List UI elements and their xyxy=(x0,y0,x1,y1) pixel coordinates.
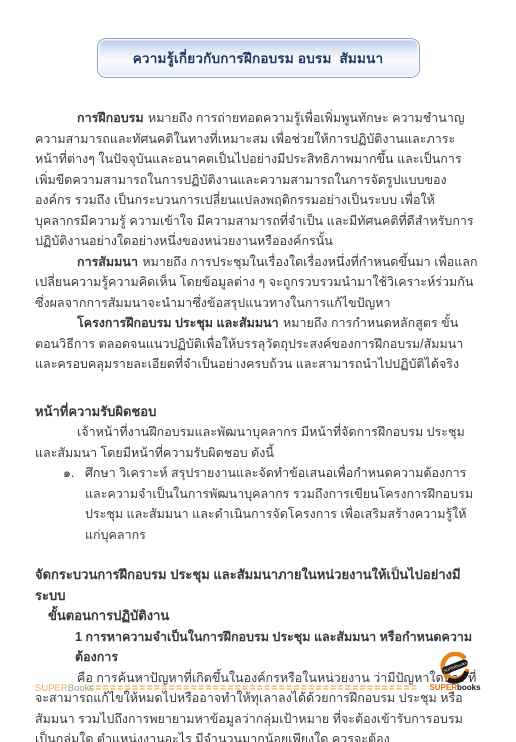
page-title: ความรู้เกี่ยวกับการฝึกอบรม อบรม สัมมนา xyxy=(133,47,384,69)
document-body: การฝึกอบรมหมายถึง การถ่ายทอดความรู้เพื่อ… xyxy=(0,108,516,742)
list-item-marker: ๑. xyxy=(63,463,74,484)
definition-paragraph: การสัมมนาหมายถึง การประชุมในเรื่องใดเรื่… xyxy=(35,252,480,314)
definition-term: โครงการฝึกอบรม ประชุม และสัมมนา xyxy=(77,316,279,330)
footer-brand-right-super: SUPER xyxy=(429,683,457,692)
definition-term: การสัมมนา xyxy=(77,255,138,269)
footer-separator-line: ========================================… xyxy=(88,683,417,697)
definition-term: การฝึกอบรม xyxy=(77,111,144,125)
list-item-text: ศึกษา วิเคราะห์ สรุปรายงานและจัดทำข้อเสน… xyxy=(85,466,473,542)
title-banner: ความรู้เกี่ยวกับการฝึกอบรม อบรม สัมมนา xyxy=(97,38,420,78)
footer-brand-right: SUPERbooks xyxy=(428,683,482,692)
footer-brand-right-books: books xyxy=(457,683,481,692)
responsibility-intro: เจ้าหน้าที่งานฝึกอบรมและพัฒนาบุคลากร มีห… xyxy=(35,422,480,463)
footer-logo: SUPERbooks SUPERbooks xyxy=(428,652,482,692)
definition-paragraph: การฝึกอบรมหมายถึง การถ่ายทอดความรู้เพื่อ… xyxy=(35,108,480,252)
footer-brand-left-super: SUPER xyxy=(35,683,68,694)
process-subheading: ขั้นตอนการปฏิบัติงาน xyxy=(48,606,480,627)
definition-text: หมายถึง การถ่ายทอดความรู้เพื่อเพิ่มพูนทั… xyxy=(35,111,474,248)
page-footer: SUPERBooks =============================… xyxy=(35,652,482,700)
superbooks-swoosh-icon: SUPERbooks xyxy=(439,652,471,684)
definition-paragraph: โครงการฝึกอบรม ประชุม และสัมมนาหมายถึง ก… xyxy=(35,313,480,375)
process-heading: จัดกระบวนการฝึกอบรม ประชุม และสัมมนาภายใ… xyxy=(35,565,480,606)
responsibility-heading: หน้าที่ความรับผิดชอบ xyxy=(35,402,480,423)
footer-brand-left: SUPERBooks xyxy=(35,683,94,694)
document-page: ความรู้เกี่ยวกับการฝึกอบรม อบรม สัมมนา ก… xyxy=(0,0,516,742)
list-item: ๑.ศึกษา วิเคราะห์ สรุปรายงานและจัดทำข้อเ… xyxy=(35,463,480,545)
